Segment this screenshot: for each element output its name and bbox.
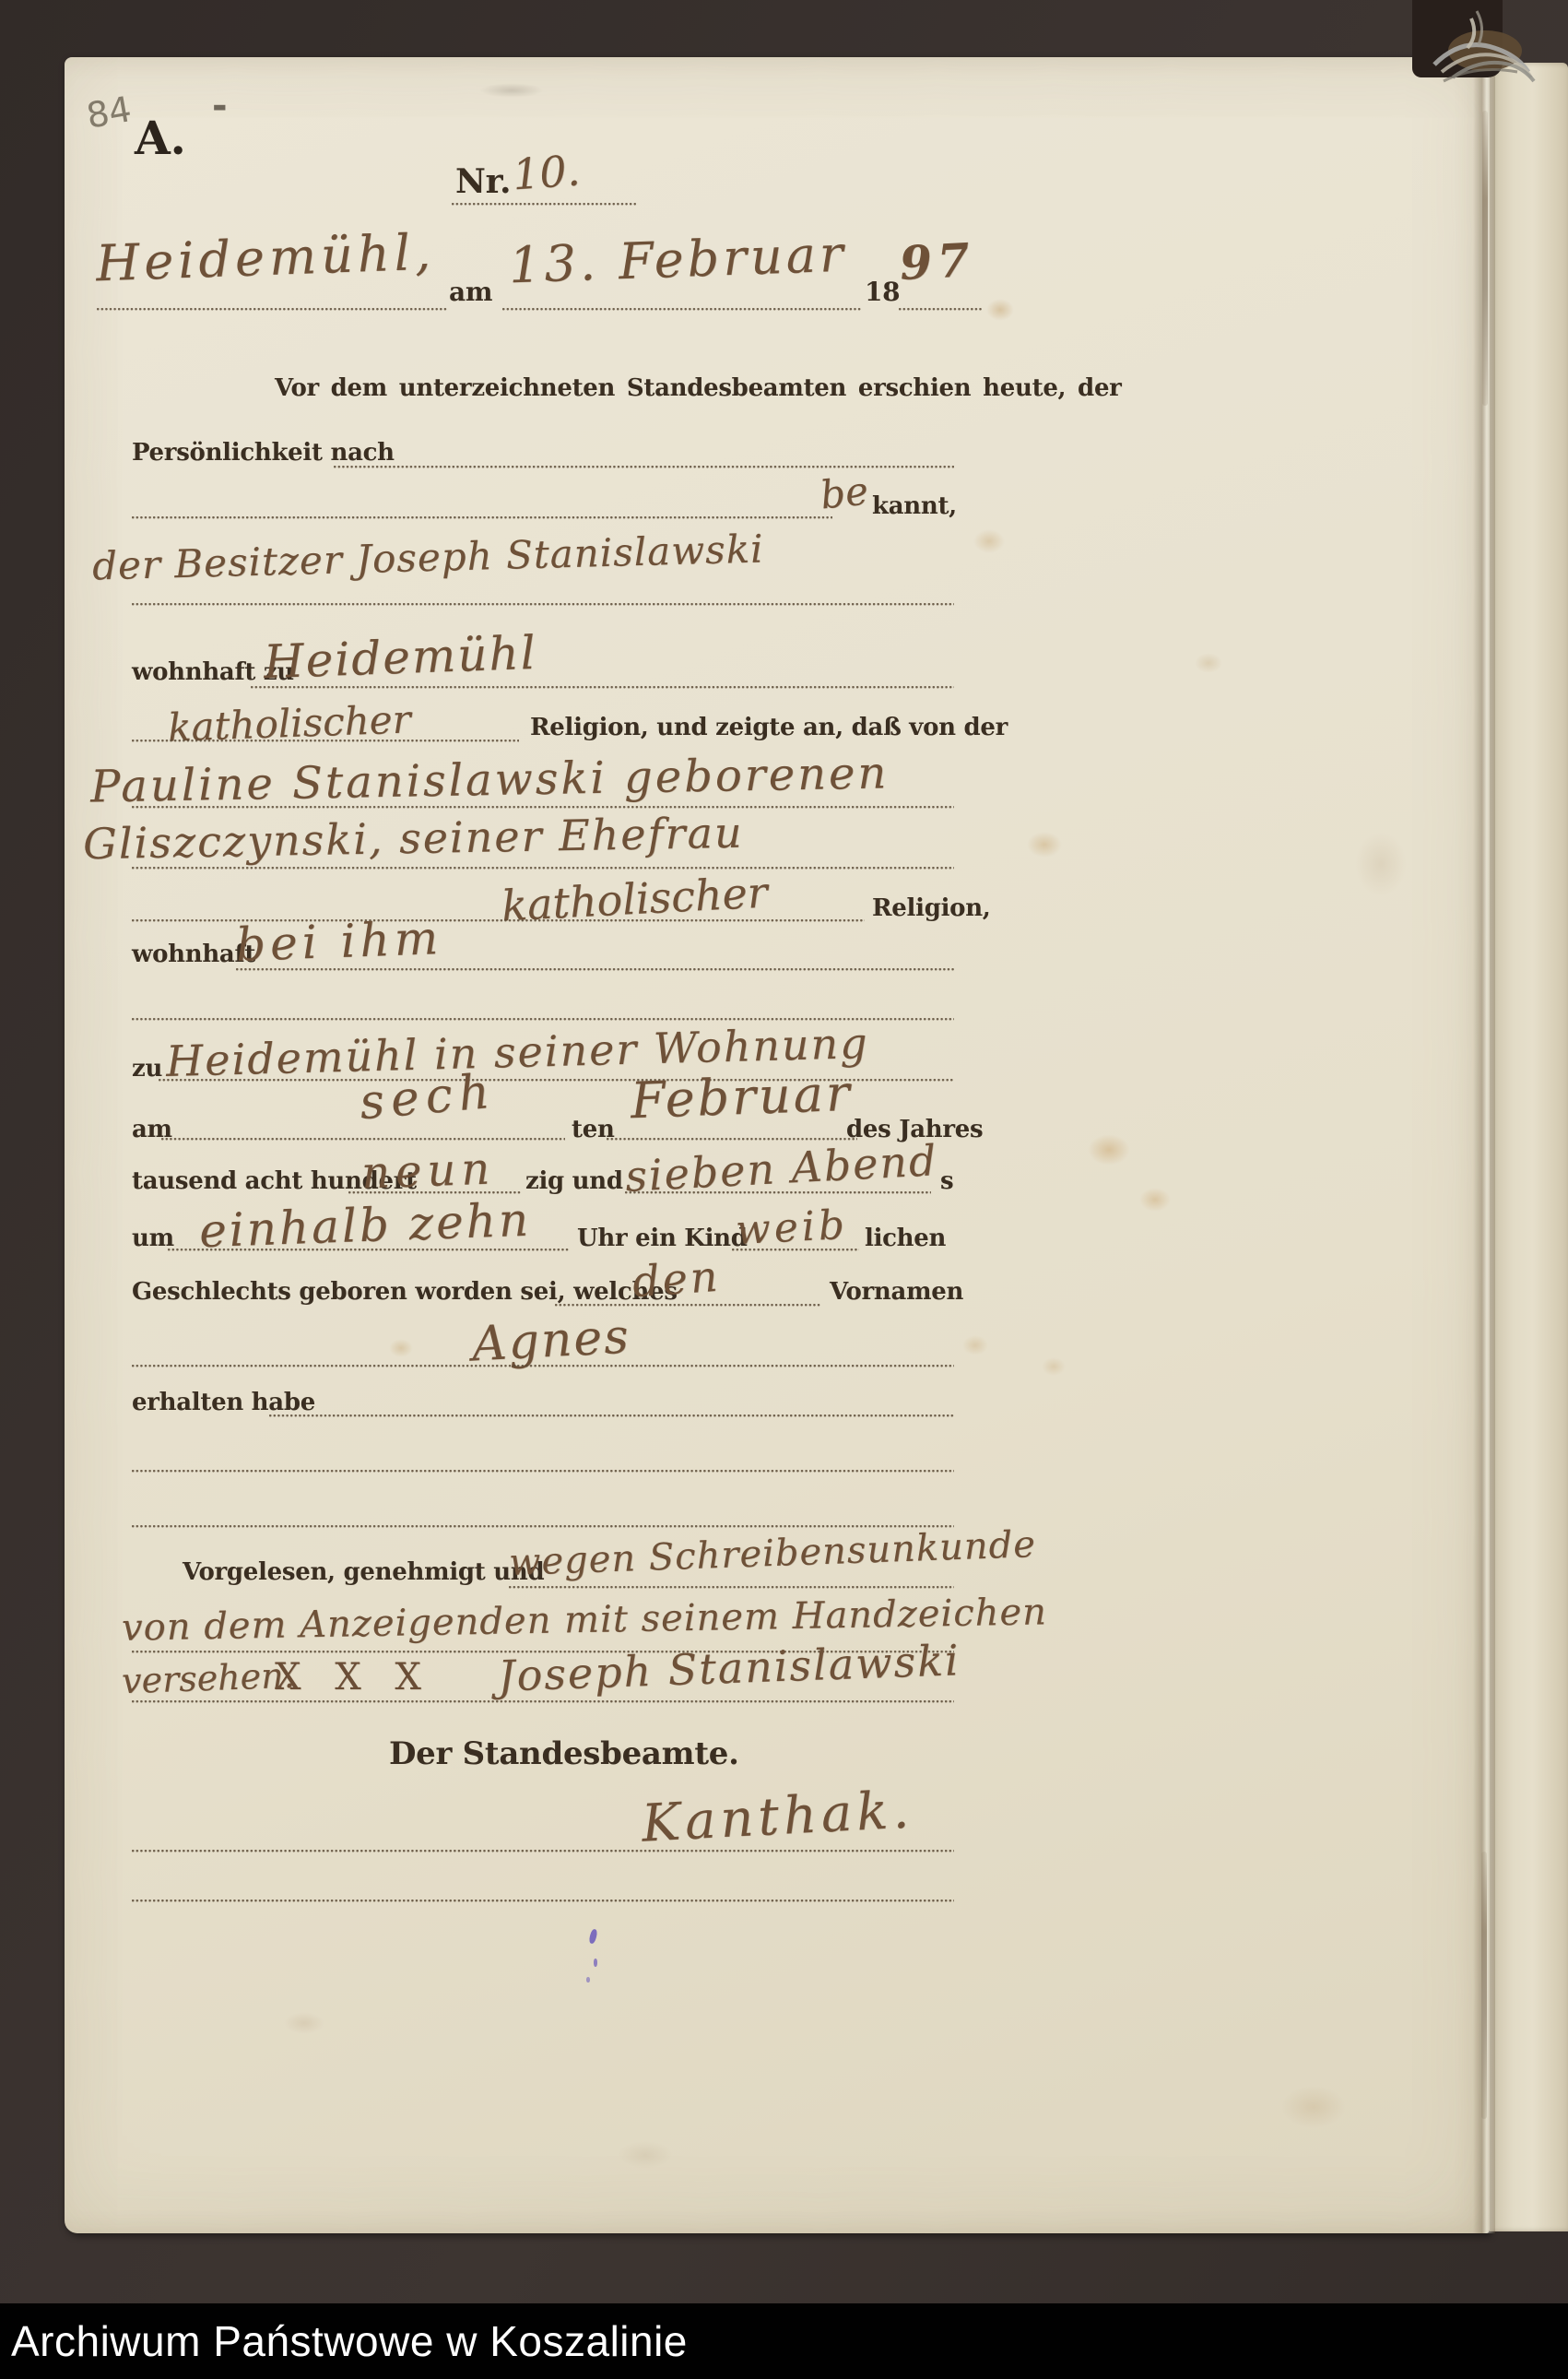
paper-stain <box>986 299 1014 321</box>
dotted-line <box>269 1414 954 1417</box>
dotted-line <box>132 516 832 519</box>
am-label: am <box>449 277 492 307</box>
archive-caption-text: Archiwum Państwowe w Koszalinie <box>11 2316 688 2366</box>
paper-stain <box>284 2012 324 2034</box>
reason-value: wegen Schreibensunkunde <box>508 1523 1036 1584</box>
register-page: 84 - A. Nr. 10. Heidemühl, am 13. Februa… <box>65 57 1490 2233</box>
dotted-line <box>97 308 447 311</box>
paper-stain <box>1027 832 1062 858</box>
paper-stain <box>1139 1188 1171 1212</box>
section-letter: A. <box>135 111 186 165</box>
dotted-line <box>132 1700 954 1703</box>
blue-ink-speck <box>586 1977 590 1982</box>
handzeichen-marks: X X X <box>275 1656 432 1698</box>
dotted-line <box>132 1525 954 1528</box>
uhr-ein-kind-label: Uhr ein Kind <box>577 1225 748 1252</box>
pencil-page-number: 84 <box>84 89 135 136</box>
paper-stain <box>1088 1134 1130 1166</box>
religion1-label: Religion, und zeigte an, daß von der <box>530 714 1008 741</box>
dotted-line <box>899 308 982 311</box>
binding-fiber <box>1481 1852 1487 2119</box>
dotted-line <box>236 968 954 971</box>
archive-caption-band: Archiwum Państwowe w Koszalinie <box>0 2303 1568 2379</box>
paper-stain <box>618 2141 673 2169</box>
paper-stain <box>1195 653 1222 673</box>
record-number-label: Nr. <box>455 162 511 201</box>
dotted-line <box>132 1900 954 1902</box>
dotted-line <box>625 1191 931 1194</box>
religion2-label: Religion, <box>872 894 991 922</box>
year-value: 97 <box>899 232 977 290</box>
pencil-dash-mark: - <box>212 85 228 127</box>
dotted-line <box>452 203 636 206</box>
mother-name-value: Pauline Stanislawski geborenen <box>90 747 890 812</box>
mother-maiden-name-value: Gliszczynski, seiner Ehefrau <box>83 808 744 869</box>
blue-ink-speck <box>588 1928 598 1944</box>
declarant-value: der Besitzer Joseph Stanislawski <box>91 526 764 588</box>
kannt-label: kannt, <box>872 492 957 520</box>
year-printed-prefix: 18 <box>865 277 900 307</box>
dotted-line <box>509 1586 954 1589</box>
dotted-line <box>132 806 954 809</box>
paper-stain <box>962 1335 988 1355</box>
dotted-line <box>607 1138 857 1141</box>
dotted-line <box>132 1850 954 1852</box>
date-value: 13. Februar <box>508 225 848 295</box>
residence-value: Heidemühl <box>263 626 537 689</box>
mother-residence-value: bei ihm <box>235 911 443 972</box>
paper-stain <box>389 1339 413 1357</box>
registrar-signature: Kanthak. <box>641 1780 915 1853</box>
dotted-line <box>132 603 954 606</box>
erhalten-habe-label: erhalten habe <box>132 1389 315 1416</box>
bekannt-handwritten-part: be <box>819 468 871 517</box>
registrar-label: Der Standesbeamte. <box>389 1735 739 1772</box>
vornamen-label: Vornamen <box>830 1278 963 1306</box>
intro-line: Vor dem unterzeichneten Standesbeamten e… <box>275 374 1122 402</box>
zig-und-label: zig und <box>525 1167 623 1195</box>
birth-month-value: Februar <box>630 1064 854 1130</box>
persoenlichkeit-label: Persönlichkeit nach <box>132 439 395 467</box>
dotted-line <box>168 1249 570 1251</box>
paper-stain <box>973 529 1005 553</box>
dotted-line <box>132 740 519 742</box>
geschlechts-label: Geschlechts geboren worden sei, welches <box>132 1278 678 1306</box>
paper-stain <box>479 83 544 98</box>
dotted-line <box>132 1470 954 1473</box>
vorgelesen-label: Vorgelesen, genehmigt und <box>183 1558 544 1586</box>
paper-stain <box>1355 832 1407 896</box>
dotted-line <box>251 686 954 689</box>
declarant-signature-value: Joseph Stanislawski <box>497 1635 961 1700</box>
binding-threads-icon <box>1407 0 1545 90</box>
dotted-line <box>132 1365 954 1367</box>
dotted-line <box>732 1249 859 1251</box>
gender-value: weib <box>735 1201 849 1254</box>
paper-stain <box>1042 1357 1066 1376</box>
versehen-value: versehen. <box>121 1655 295 1702</box>
paper-stain <box>1281 2086 1346 2128</box>
dotted-line <box>161 1138 565 1141</box>
child-name-value: Agnes <box>471 1309 632 1373</box>
birth-day-value: sech <box>358 1064 499 1131</box>
s-suffix-label: s <box>940 1167 953 1195</box>
lichen-label: lichen <box>865 1225 946 1252</box>
archival-scan: 84 - A. Nr. 10. Heidemühl, am 13. Februa… <box>0 0 1568 2379</box>
binding-fiber <box>1482 111 1488 406</box>
record-number-value: 10. <box>511 146 582 200</box>
den-value: den <box>631 1251 722 1308</box>
blue-ink-speck <box>594 1959 597 1967</box>
place-value: Heidemühl, <box>95 223 436 293</box>
dotted-line <box>132 867 954 870</box>
dotted-line <box>555 1304 820 1307</box>
dotted-line <box>502 308 862 311</box>
book-fore-edge <box>1490 63 1568 2231</box>
